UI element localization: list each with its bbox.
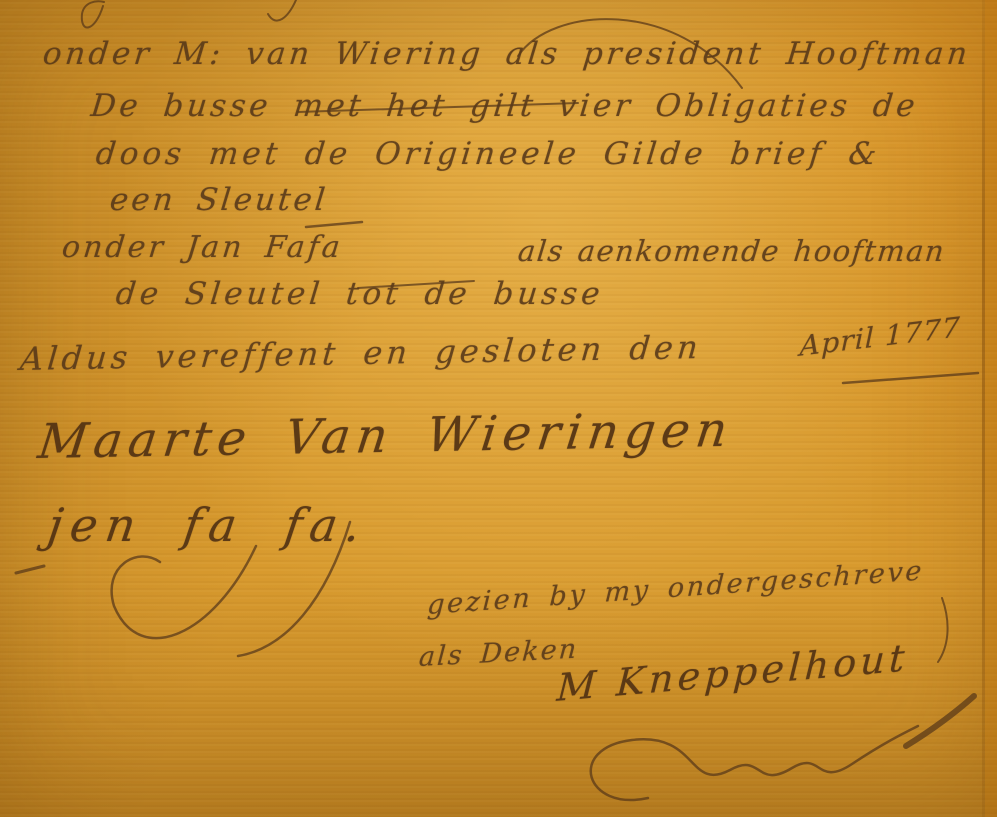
kneppelhout-paraph	[591, 726, 918, 800]
manuscript-line-6: de Sleutel tot de busse	[114, 276, 605, 312]
signature-kneppelhout: M Kneppelhout	[556, 636, 910, 710]
signature-van-wieringen: Maarte Van Wieringen	[35, 402, 736, 470]
deken-paren-mark	[938, 598, 948, 662]
manuscript-line-3: doos met de Origineele Gilde brief &	[94, 136, 882, 172]
page-edge-margin-strip	[985, 0, 997, 817]
manuscript-line-1: onder M: van Wiering als president Hooft…	[41, 36, 972, 72]
manuscript-page: onder M: van Wiering als president Hooft…	[0, 0, 997, 817]
page-edge-crease-line	[982, 0, 985, 817]
kneppelhout-paraph-bold-ending	[906, 696, 974, 746]
dash-before-signature	[16, 566, 44, 573]
manuscript-line-2: De busse met het gilt vier Obligaties de	[89, 88, 920, 124]
attestation-line: gezien by my ondergeschreve	[426, 556, 924, 621]
closing-clause-line: Aldus vereffent en gesloten den	[19, 328, 704, 378]
signature-flourish-curl	[112, 546, 256, 638]
manuscript-line-4: een Sleutel	[108, 182, 329, 218]
manuscript-line-5-right: als aenkomende hooftman	[516, 234, 947, 268]
deken-title-line: als Deken	[418, 634, 580, 673]
manuscript-line-5-left: onder Jan Fafa	[60, 230, 344, 265]
top-cutoff-descender-flourish	[268, 0, 296, 21]
signature-jan-fafa: jen fa fa.	[44, 498, 371, 552]
overline-fafa	[306, 222, 362, 227]
top-cutoff-descender-flourish	[82, 1, 104, 27]
date-april-1777: April 1777	[799, 311, 961, 363]
date-underline	[843, 373, 978, 383]
